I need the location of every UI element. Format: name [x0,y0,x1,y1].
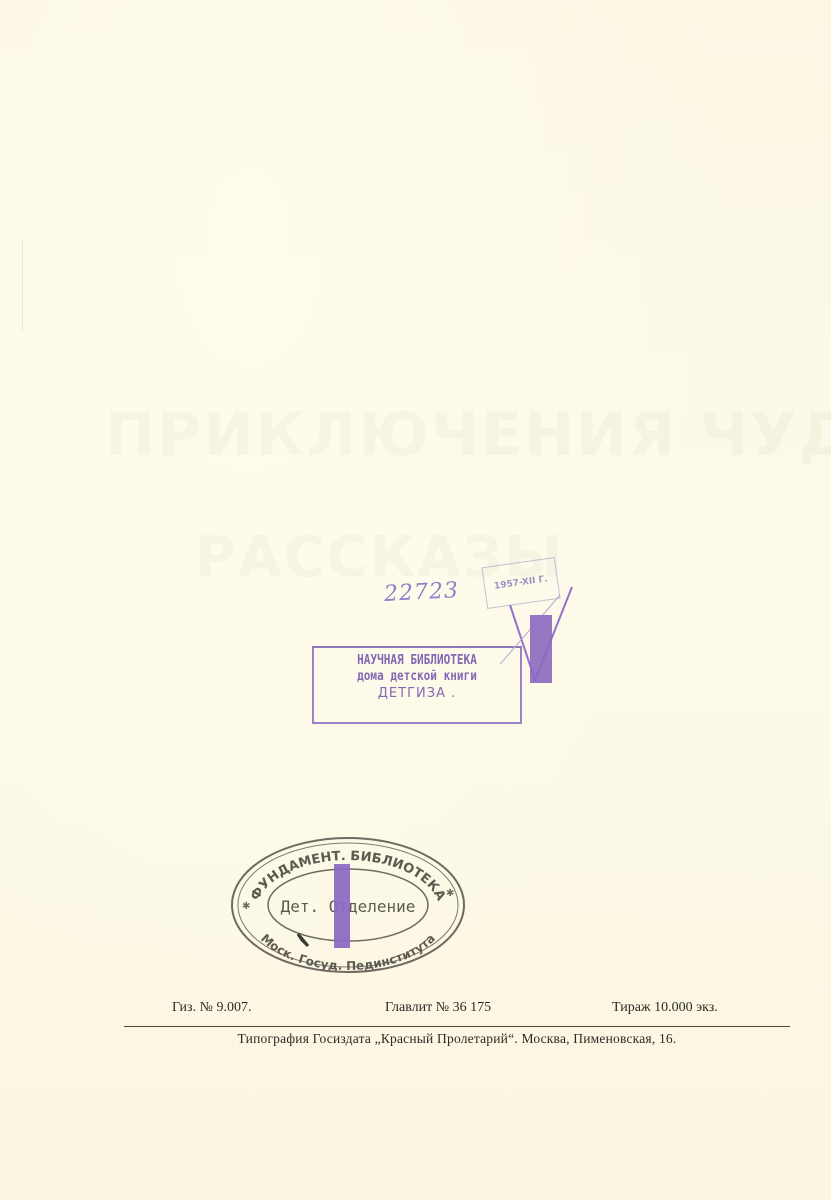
print-run: Тираж 10.000 экз. [612,1000,718,1016]
handwritten-accession-number: 22723 [383,578,459,607]
svg-text:✱: ✱ [242,901,250,912]
divider-rule [124,1026,790,1027]
check-mark-icon [500,585,580,705]
oval-library-stamp: ФУНДАМЕНТ. БИБЛИОТЕКА Моск. Госуд. Педин… [228,834,468,976]
glavlit-number: Главлит № 36 175 [385,1000,491,1016]
svg-text:✱: ✱ [446,888,454,899]
library-stamp-line2: дома детской книги [329,669,504,684]
imprint-row: Гиз. № 9.007. Главлит № 36 175 Тираж 10.… [124,1000,790,1022]
imprint-block: Гиз. № 9.007. Главлит № 36 175 Тираж 10.… [124,1000,790,1022]
library-stamp-line3: ДЕТГИЗА . [314,686,520,701]
library-stamp: НАУЧНАЯ БИБЛИОТЕКА дома детской книги ДЕ… [312,646,522,724]
scan-artifact-line [22,240,23,330]
document-page: ПРИКЛЮЧЕНИЯ ЧУДАКА РАССКАЗЫ 22723 1957-X… [0,0,831,1200]
library-stamp-line1: НАУЧНАЯ БИБЛИОТЕКА [329,653,504,668]
giz-number: Гиз. № 9.007. [172,1000,251,1016]
bleed-through-title: ПРИКЛЮЧЕНИЯ ЧУДАКА [105,400,831,470]
printer-line: Типография Госиздата „Красный Пролетарий… [124,1031,790,1047]
